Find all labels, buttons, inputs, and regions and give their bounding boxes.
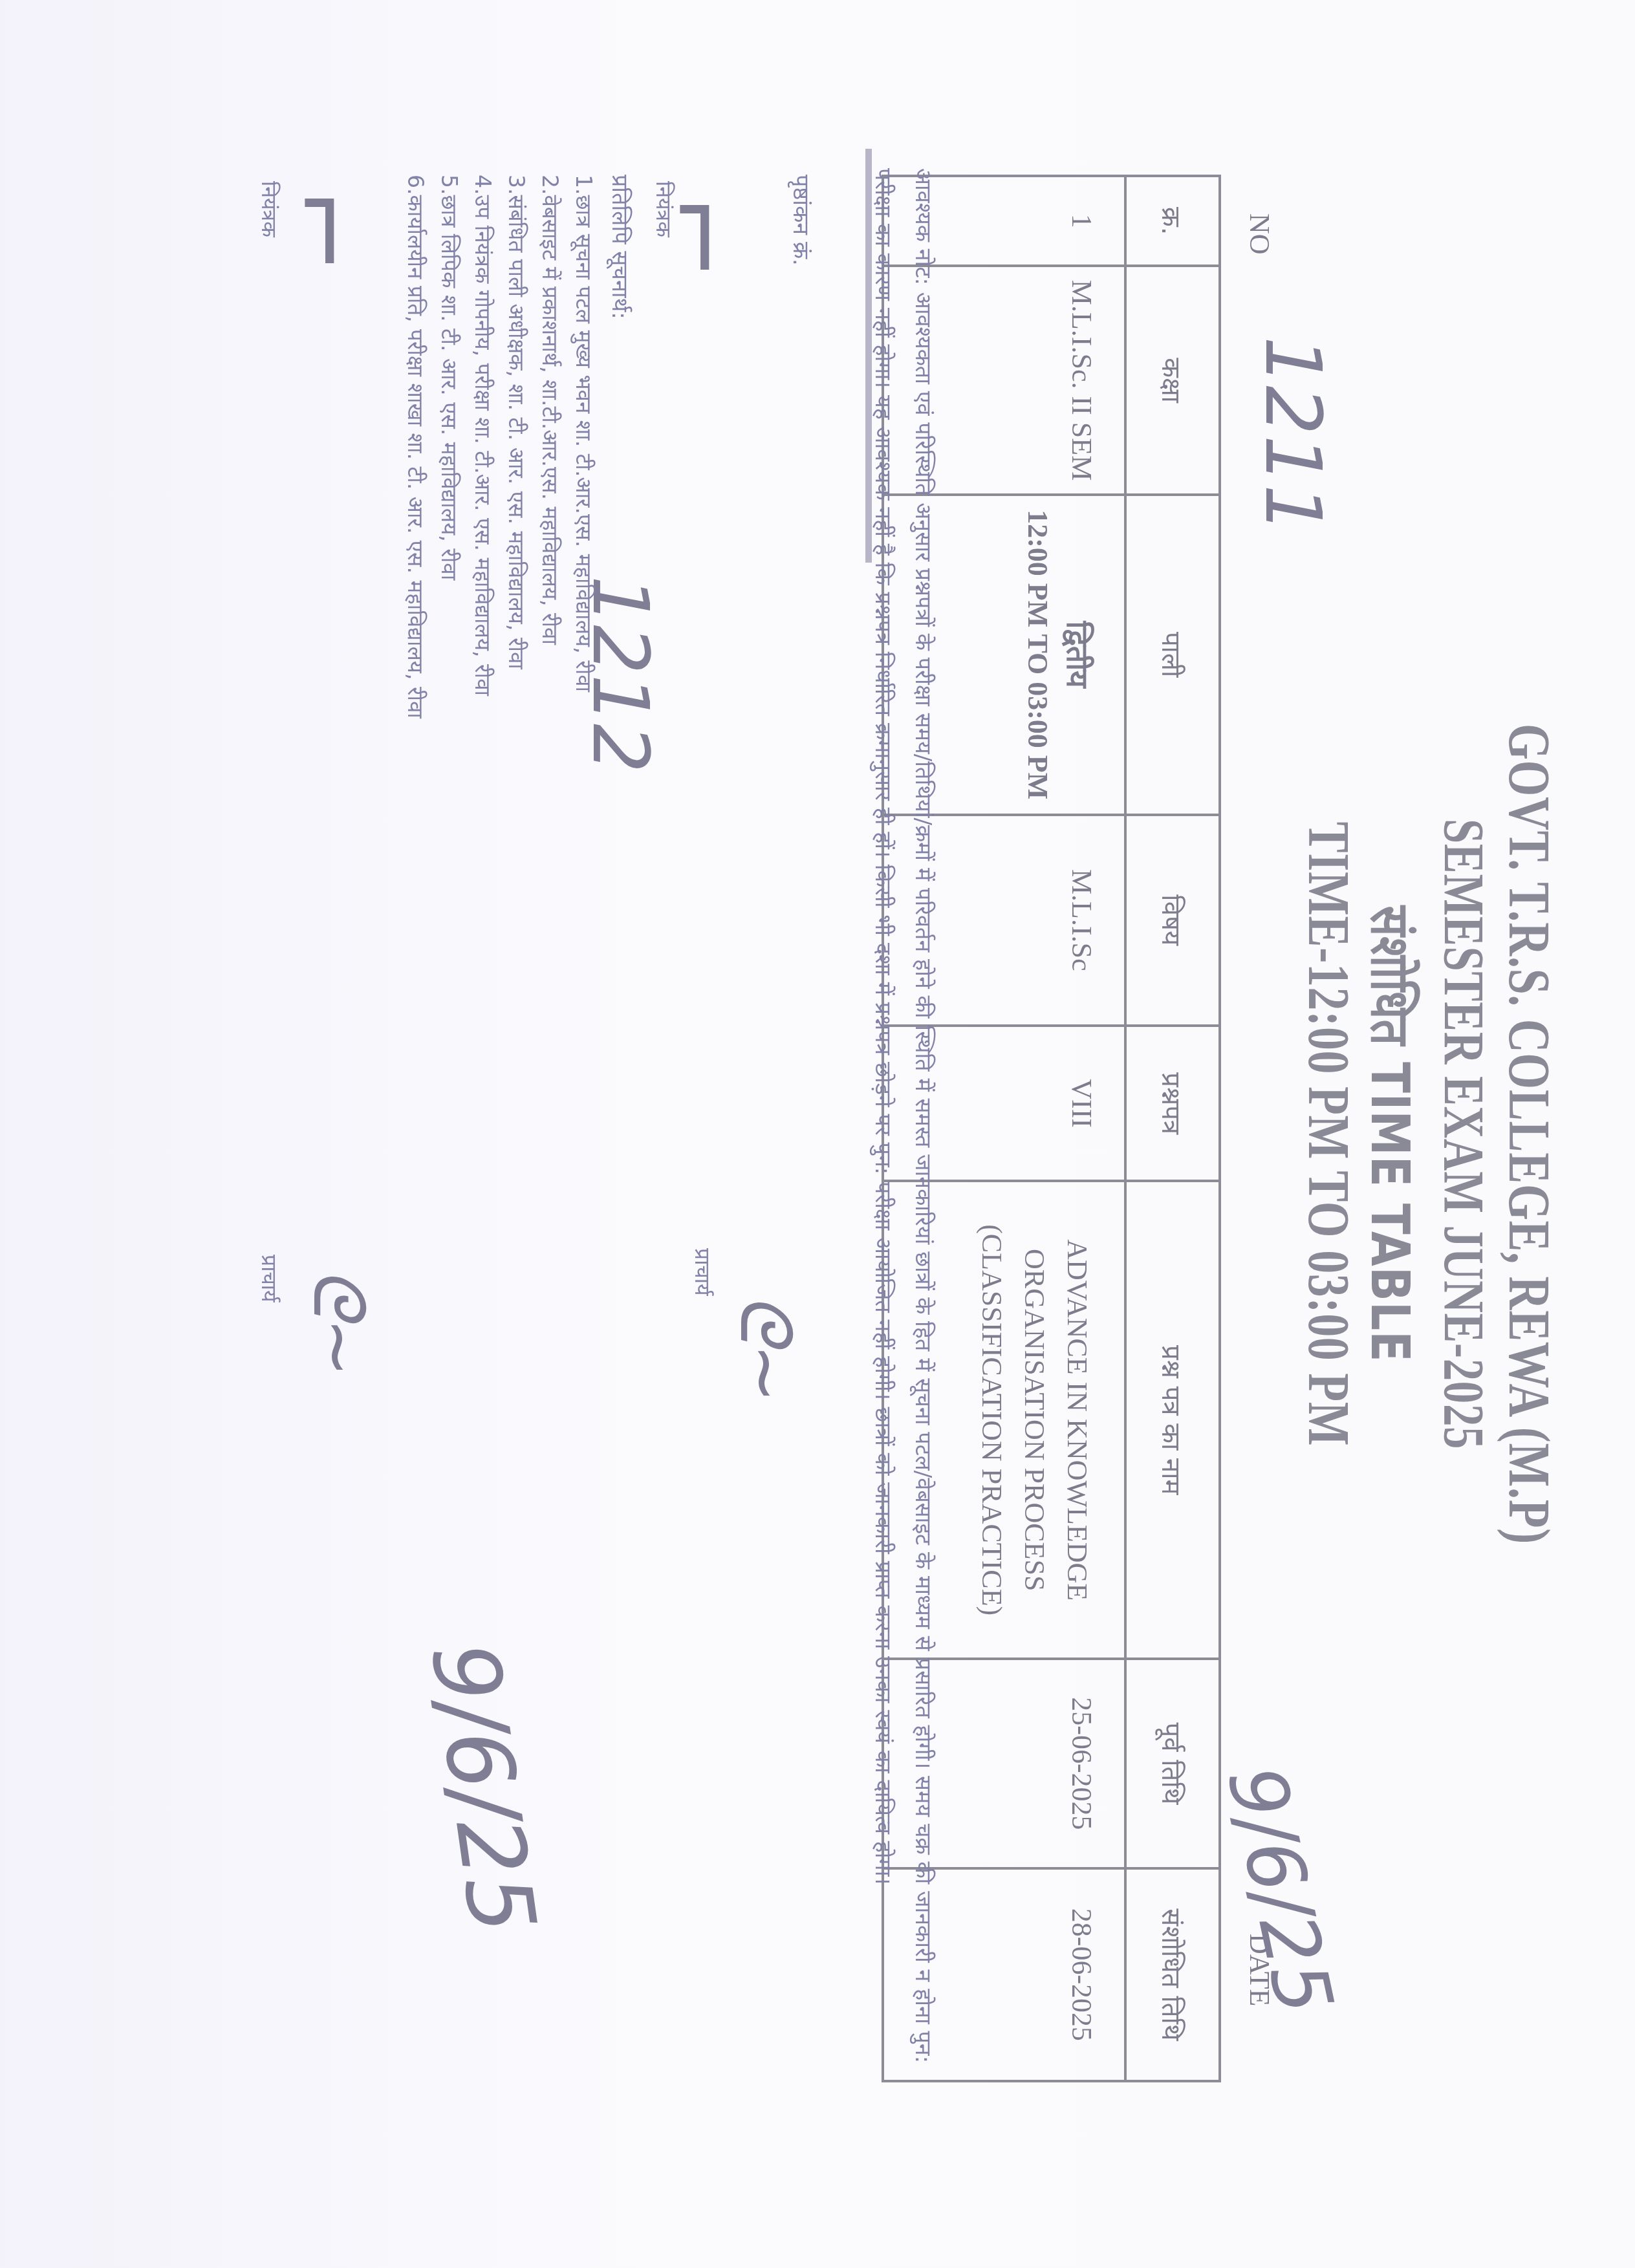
- list-item: 6.कार्यालयीन प्रति, परीक्षा शाखा शा. टी.…: [398, 175, 432, 718]
- controller-label-2: नियंत्रक: [255, 181, 283, 237]
- timetable-sheet: GOVT. T.R.S. COLLEGE, REWA (M.P) SEMESTE…: [0, 0, 1635, 2268]
- endorsement-label: पृष्ठांकन क्रं.: [787, 175, 817, 266]
- principal-label-2: प्राचार्य: [255, 1255, 283, 1302]
- paper-name-line: ORGANISATION PROCESS: [1013, 1183, 1056, 1657]
- margin-mark: [865, 149, 872, 563]
- col-revised-date: संशोधित तिथि: [1125, 1868, 1220, 2081]
- col-sno: क्र.: [1125, 176, 1220, 266]
- revised-timetable-title: संशोधित TIME TABLE: [1356, 170, 1428, 2098]
- copy-list: 1.छात्र सूचना पटल मुख्य भवन शा. टी.आर.एस…: [398, 175, 600, 718]
- col-paper: प्रश्नपत्र: [1125, 1026, 1220, 1182]
- copy-to-heading: प्रतिलिपि सूचनार्थ:: [606, 175, 636, 319]
- list-item: 4.उप नियंत्रक गोपनीय, परीक्षा शा. टी.आर.…: [466, 175, 499, 718]
- controller-signature-2-icon: ⌐: [266, 188, 387, 274]
- principal-signature-2-icon: ᘓ~: [296, 1268, 380, 1377]
- scanned-page: GOVT. T.R.S. COLLEGE, REWA (M.P) SEMESTE…: [0, 0, 1635, 2268]
- col-class: कक्षा: [1125, 266, 1220, 494]
- list-item: 1.छात्र सूचना पटल मुख्य भवन शा. टी.आर.एस…: [567, 175, 600, 718]
- principal-signature-icon: ᘓ~: [723, 1293, 807, 1403]
- paper-name-line: (CLASSIFICATION PRACTICE): [970, 1183, 1013, 1657]
- exam-title: SEMESTER EXAM JUNE-2025: [1431, 250, 1496, 2018]
- signature-date-handwritten: 9/6/25: [410, 1637, 555, 1940]
- shift-time: 12:00 PM TO 03:00 PM: [1022, 510, 1054, 799]
- paper-name-line: ADVANCE IN KNOWLEDGE: [1056, 1183, 1098, 1657]
- timetable-header-row: क्र. कक्षा पाली विषय प्रश्नपत्र प्रश्न प…: [1125, 176, 1220, 2081]
- col-shift: पाली: [1125, 495, 1220, 815]
- reference-no-label: NO: [1243, 213, 1276, 255]
- col-subject: विषय: [1125, 815, 1220, 1026]
- list-item: 5.छात्र लिपिक शा. टी. आर. एस. महाविद्याल…: [432, 175, 466, 718]
- list-item: 3.संबंधित पाली अधीक्षक, शा. टी. आर. एस. …: [499, 175, 533, 718]
- list-item: 2.वेबसाइट में प्रकाशनार्थ, शा.टी.आर.एस. …: [533, 175, 567, 718]
- col-old-date: पूर्व तिथि: [1125, 1659, 1220, 1868]
- reference-no-handwritten: 1211: [1248, 336, 1337, 534]
- col-paper-name: प्रश्न पत्र का नाम: [1125, 1181, 1220, 1659]
- principal-label: प्राचार्य: [689, 1248, 717, 1296]
- controller-label: नियंत्रक: [650, 181, 678, 237]
- college-title: GOVT. T.R.S. COLLEGE, REWA (M.P): [1495, 250, 1564, 2018]
- shift-name: द्वितीय: [1058, 497, 1098, 813]
- important-note: आवश्यक नोट: आवश्यकता एवं परिस्थिति अनुसा…: [863, 168, 943, 2095]
